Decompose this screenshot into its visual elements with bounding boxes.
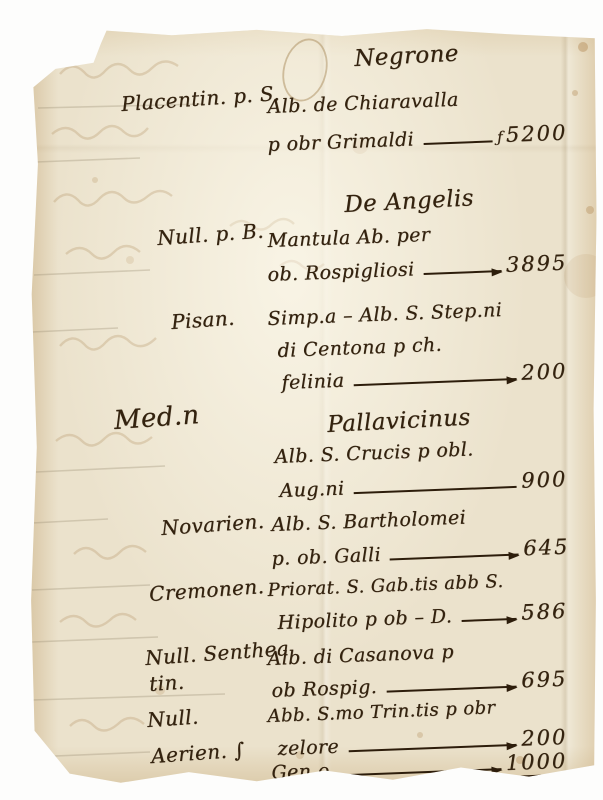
row-label-cont: tin. — [148, 670, 185, 696]
entry-line: di Centona p ch. — [277, 334, 442, 362]
entry-line: ob Rospig. — [271, 676, 377, 702]
entry-line: Mantula Ab. per — [267, 224, 431, 252]
entry-line: Alb. di Casanova p — [267, 641, 454, 670]
amount-value: 200 — [521, 359, 568, 385]
amount-value: 5200 — [505, 121, 567, 147]
row-label: Aerien. ∫ — [150, 738, 245, 768]
amount-value: 3895 — [505, 251, 567, 277]
amount-value: 900 — [521, 467, 568, 493]
section-heading: Pallavicinus — [327, 405, 472, 438]
row-label: Med.n — [113, 400, 201, 436]
entry-line: Alb. S. Bartholomei — [271, 507, 466, 536]
amount-value: 695 — [521, 667, 568, 693]
manuscript-page: Negrone Placentin. p. S. Alb. de Chiarav… — [30, 26, 597, 792]
dash-arrow — [353, 364, 517, 386]
dash-arrow — [461, 604, 517, 622]
entry-line: zelore — [277, 736, 339, 760]
amount-value: 1000 — [505, 749, 567, 778]
row-label: Pisan. — [170, 306, 235, 334]
dash-arrow — [390, 540, 519, 561]
amount-value: 586 — [521, 599, 568, 625]
amount-value: 200 — [521, 725, 568, 751]
section-heading: Negrone — [354, 41, 460, 72]
row-label: Cremonen. — [148, 574, 265, 606]
entry-line: Aug.ni — [279, 478, 345, 502]
dash-arrow — [338, 755, 501, 777]
row-label: Placentin. p. S. — [120, 81, 280, 116]
entry-line: Hipolito p ob – D. — [277, 605, 452, 634]
entry-line: felinia — [281, 370, 345, 394]
entry-amount-line: felinia 200 — [281, 359, 568, 394]
entry-amount-line: Aug.ni 900 — [279, 467, 568, 502]
dash-rule — [423, 127, 493, 145]
dash-arrow — [348, 730, 517, 752]
entry-amount-line: ob. Rospigliosi 3895 — [267, 251, 568, 286]
currency-mark: ƒ — [497, 128, 504, 146]
amount-value: 645 — [523, 535, 570, 561]
entry-line: Priorat. S. Gab.tis abb S. — [267, 571, 504, 601]
dash-arrow — [386, 672, 517, 693]
row-label: Null. p. B. — [156, 219, 264, 250]
section-heading: De Angelis — [344, 185, 475, 218]
entry-line: Simp.a – Alb. S. Step.ni — [267, 299, 502, 330]
entry-line: Gen.o — [271, 760, 330, 784]
dash-arrow — [423, 256, 501, 275]
entry-line: p obr Grimaldi — [267, 128, 414, 156]
entry-line: ob. Rospigliosi — [267, 258, 415, 286]
entry-line: p. ob. Galli — [271, 544, 381, 570]
entry-line: Abb. S.mo Trin.tis p obr — [267, 697, 496, 727]
dash-rule — [353, 472, 517, 494]
entry-line: Alb. de Chiaravalla — [267, 89, 459, 118]
entry-amount-line: ob Rospig. 695 — [271, 667, 568, 702]
entry-amount-line: p. ob. Galli 645 — [271, 535, 570, 570]
entry-amount-line: Hipolito p ob – D. 586 — [277, 599, 568, 634]
entry-line: Alb. S. Crucis p obl. — [274, 438, 474, 468]
entry-amount-line: p obr Grimaldi ƒ 5200 — [267, 121, 568, 156]
scanner-background: Negrone Placentin. p. S. Alb. de Chiarav… — [0, 0, 603, 800]
row-label: Null. — [146, 704, 199, 732]
row-label: Novarien. — [160, 509, 265, 540]
